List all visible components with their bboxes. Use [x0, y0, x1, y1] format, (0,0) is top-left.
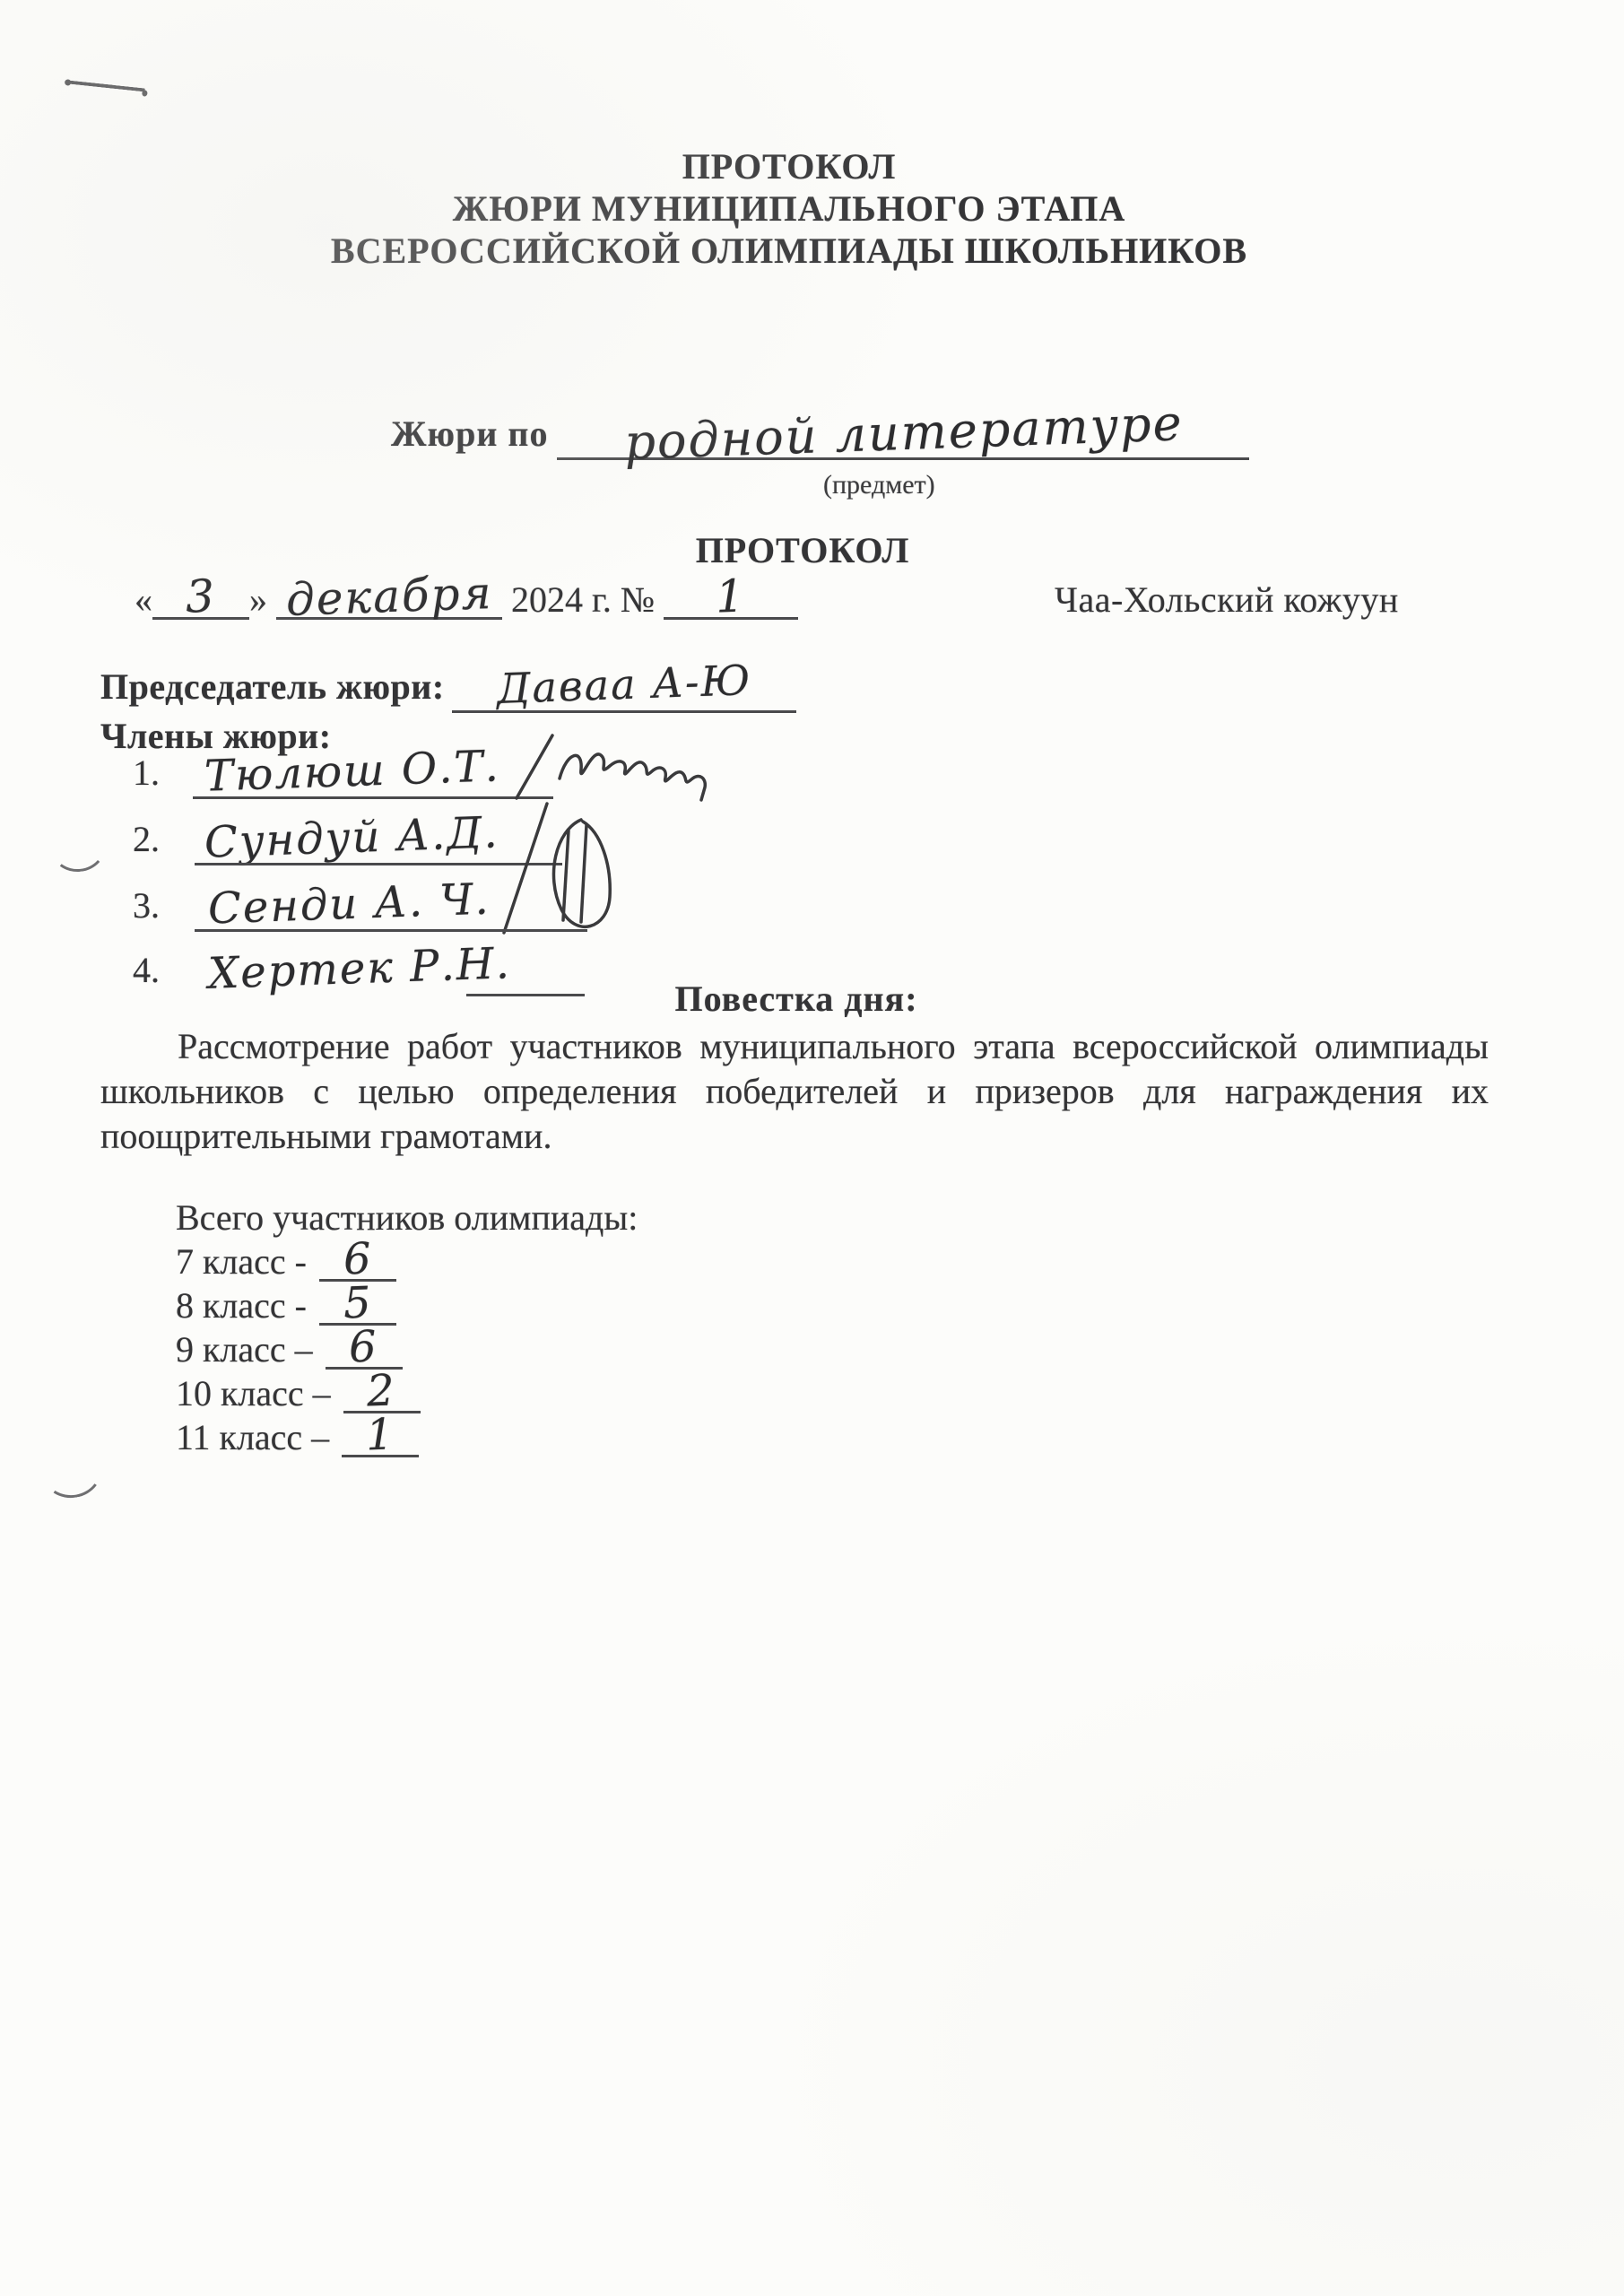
day-handwritten: 3 [185, 573, 217, 619]
subject-caption: (предмет) [823, 470, 935, 500]
class-7-count-handwritten: 6 [343, 1237, 373, 1281]
month-handwritten: декабря [285, 570, 493, 622]
class-10-underline: 2 [343, 1370, 421, 1413]
member-1-number: 1. [133, 752, 160, 794]
member-2-name-handwritten: Сундуй А.Д. [204, 807, 499, 867]
hole-punch-mark [48, 819, 109, 874]
protocol-heading: ПРОТОКОЛ [0, 529, 1605, 571]
open-quote: « [135, 579, 152, 620]
class-9-count-handwritten: 6 [349, 1325, 379, 1369]
chair-label: Председатель жюри: [100, 666, 445, 707]
member-3-name-handwritten: Сенди А. Ч. [207, 874, 491, 935]
class-11-label: 11 класс – [176, 1417, 329, 1457]
agenda-paragraph: Рассмотрение работ участников муниципаль… [100, 1024, 1489, 1159]
close-quote: » [249, 579, 267, 620]
class-row-7: 7 класс -6 [176, 1238, 396, 1283]
member-1-signature-flourish [508, 728, 741, 805]
month-underline: декабря [276, 574, 502, 620]
class-11-count-handwritten: 1 [365, 1413, 395, 1457]
class-row-8: 8 класс -5 [176, 1282, 396, 1326]
member-2-number: 2. [133, 818, 160, 860]
member-3-underline [195, 929, 587, 932]
class-11-underline: 1 [342, 1413, 419, 1457]
scanned-protocol-page: ПРОТОКОЛ ЖЮРИ МУНИЦИПАЛЬНОГО ЭТАПА ВСЕРО… [0, 0, 1624, 2296]
document-title: ПРОТОКОЛ ЖЮРИ МУНИЦИПАЛЬНОГО ЭТАПА ВСЕРО… [0, 145, 1578, 272]
title-line-2: ЖЮРИ МУНИЦИПАЛЬНОГО ЭТАПА [0, 187, 1578, 230]
member-3-number: 3. [133, 884, 160, 926]
participants-heading: Всего участников олимпиады: [176, 1196, 638, 1239]
class-9-underline: 6 [326, 1326, 403, 1370]
class-7-label: 7 класс - [176, 1241, 307, 1282]
pen-stroke-mark [68, 81, 145, 92]
class-7-underline: 6 [319, 1238, 396, 1282]
number-handwritten: 1 [715, 573, 747, 619]
jury-subject-line: Жюри по родной литературе [391, 405, 1249, 460]
class-10-count-handwritten: 2 [367, 1369, 397, 1413]
chair-underline: Даваа А-Ю [452, 664, 796, 713]
class-8-underline: 5 [319, 1282, 396, 1326]
class-8-count-handwritten: 5 [343, 1281, 373, 1325]
number-underline: 1 [664, 574, 798, 620]
chair-name-handwritten: Даваа А-Ю [496, 659, 752, 709]
chair-line: Председатель жюри:Даваа А-Ю [100, 664, 796, 713]
title-line-3: ВСЕРОССИЙСКОЙ ОЛИМПИАДЫ ШКОЛЬНИКОВ [0, 230, 1578, 272]
year-text: 2024 г. № [511, 579, 655, 620]
jury-subject-handwritten: родной литературе [623, 399, 1184, 467]
class-row-11: 11 класс –1 [176, 1413, 419, 1458]
class-8-label: 8 класс - [176, 1285, 307, 1326]
member-1-name-handwritten: Тюлюш О.Т. [204, 741, 500, 801]
class-10-label: 10 класс – [176, 1373, 331, 1413]
protocol-date-line: «3» декабря 2024 г. № 1 [135, 574, 798, 621]
jury-subject-underline: родной литературе [557, 405, 1249, 460]
hole-punch-mark [37, 1438, 107, 1503]
agenda-heading: Повестка дня: [0, 978, 1593, 1020]
day-underline: 3 [152, 574, 249, 620]
region-name: Чаа-Хольский кожуун [1055, 578, 1399, 621]
title-line-1: ПРОТОКОЛ [0, 145, 1578, 187]
member-2-signature-flourish [491, 796, 635, 940]
class-row-9: 9 класс –6 [176, 1326, 403, 1370]
class-row-10: 10 класс –2 [176, 1370, 421, 1414]
class-9-label: 9 класс – [176, 1329, 313, 1370]
jury-subject-label: Жюри по [391, 413, 548, 454]
